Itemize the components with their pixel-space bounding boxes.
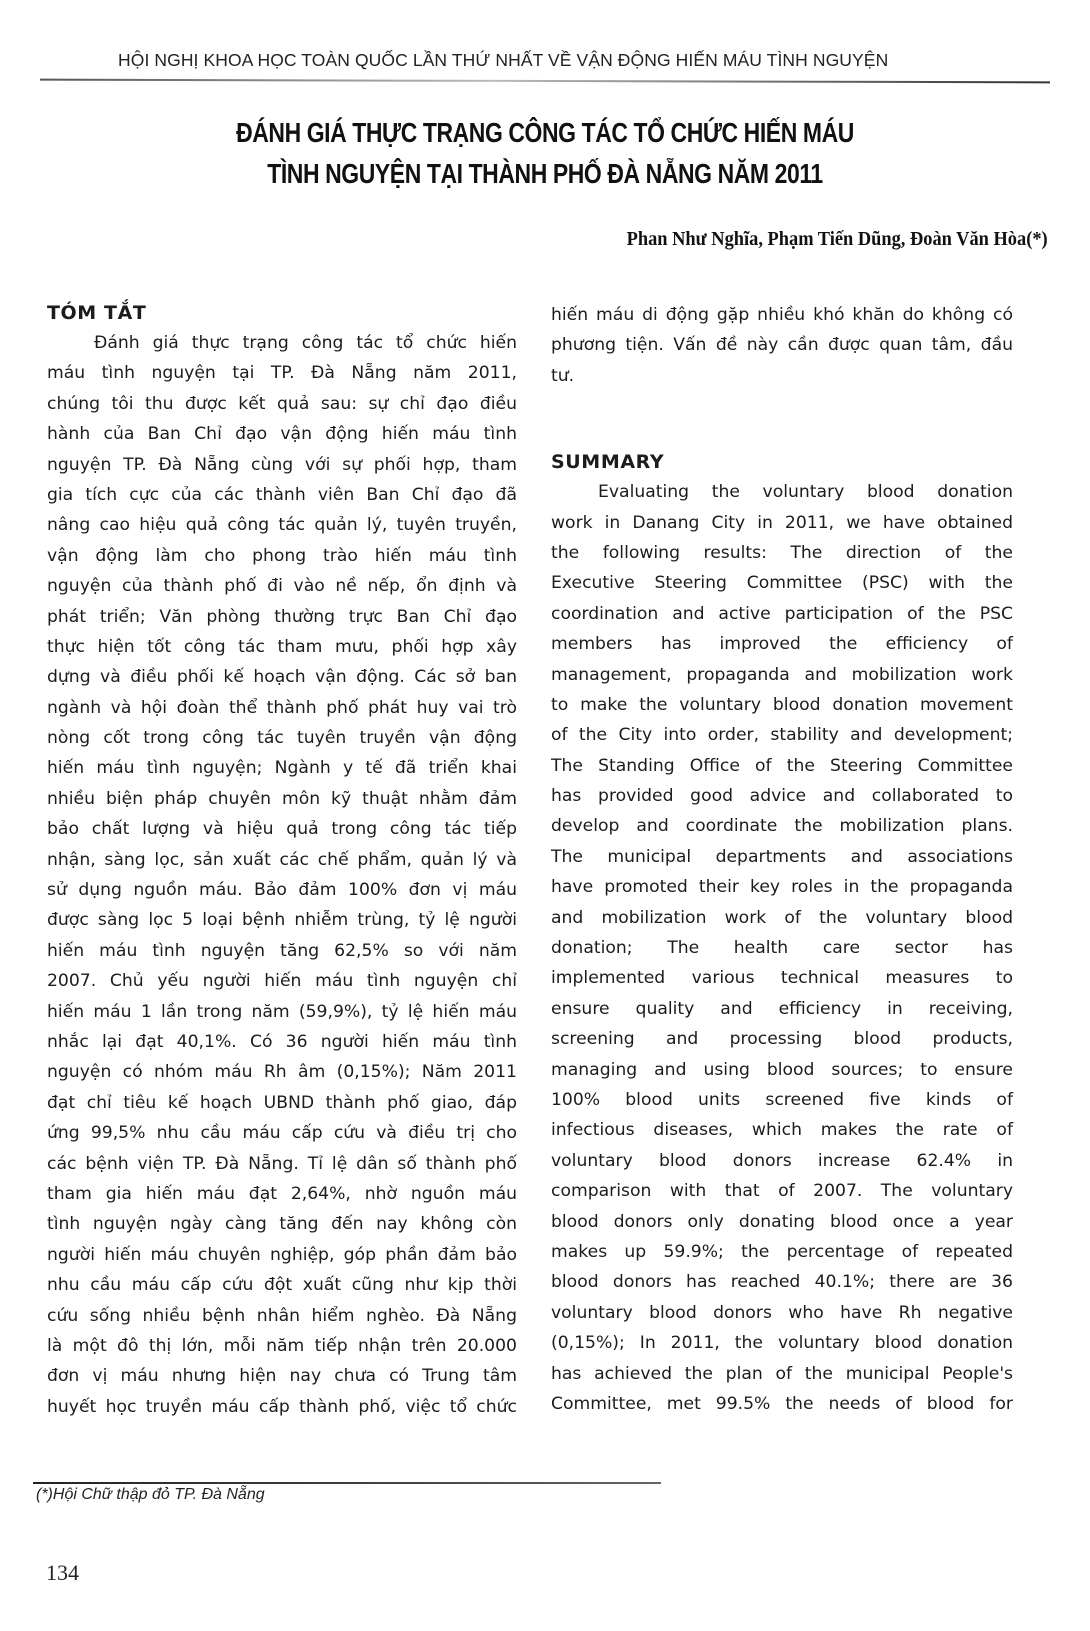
abstract-body: Đánh giá thực trạng công tác tổ chức hiế…: [47, 328, 517, 1422]
text-line: 2007. Chủ yếu người hiến máu tình nguyện…: [47, 966, 517, 996]
text-line: work in Danang City in 2011, we have obt…: [551, 508, 1013, 538]
text-line: nguyện của thành phố đi vào nề nếp, ổn đ…: [47, 571, 517, 601]
section-gap: [551, 391, 1013, 447]
text-line: (0,15%); In 2011, the voluntary blood do…: [551, 1328, 1013, 1358]
text-line: là một đô thị lớn, mỗi năm tiếp nhận trê…: [47, 1331, 517, 1361]
text-line: voluntary blood donors increase 62.4% in: [551, 1146, 1013, 1176]
text-line: of the City into order, stability and de…: [551, 720, 1013, 750]
text-line: management, propaganda and mobilization …: [551, 660, 1013, 690]
text-line: được sàng lọc 5 loại bệnh nhiễm trùng, t…: [47, 905, 517, 935]
text-line: The municipal departments and associatio…: [551, 842, 1013, 872]
text-line: người hiến máu chuyên nghiệp, góp phần đ…: [47, 1240, 517, 1270]
text-line: coordination and active participation of…: [551, 599, 1013, 629]
text-line: phương tiện. Vấn đề này cần được quan tâ…: [551, 330, 1013, 360]
abstract-continuation: hiến máu di động gặp nhiều khó khăn do k…: [551, 300, 1013, 391]
text-line: gia tích cực của các thành viên Ban Chỉ …: [47, 480, 517, 510]
text-line: hiến máu di động gặp nhiều khó khăn do k…: [551, 300, 1013, 330]
text-line: nhiều biện pháp chuyên môn kỹ thuật nhằm…: [47, 784, 517, 814]
text-line: Committee, met 99.5% the needs of blood …: [551, 1389, 1013, 1419]
footnote-rule: [33, 1482, 661, 1484]
text-line: vận động làm cho phong trào hiến máu tìn…: [47, 541, 517, 571]
text-line: managing and using blood sources; to ens…: [551, 1055, 1013, 1085]
text-line: hành của Ban Chỉ đạo vận động hiến máu t…: [47, 419, 517, 449]
text-line: nhận, sàng lọc, sản xuất các chế phẩm, q…: [47, 845, 517, 875]
text-line: has provided good advice and collaborate…: [551, 781, 1013, 811]
text-line: hiến máu tình nguyện tăng 62,5% so với n…: [47, 936, 517, 966]
text-line: makes up 59.9%; the percentage of repeat…: [551, 1237, 1013, 1267]
text-line: Evaluating the voluntary blood donation: [551, 477, 1013, 507]
text-line: 100% blood units screened five kinds of: [551, 1085, 1013, 1115]
text-line: Executive Steering Committee (PSC) with …: [551, 568, 1013, 598]
text-line: nguyện TP. Đà Nẵng cùng với sự phối hợp,…: [47, 450, 517, 480]
text-line: blood donors only donating blood once a …: [551, 1207, 1013, 1237]
text-line: bảo chất lượng và hiệu quả trong công tá…: [47, 814, 517, 844]
text-line: hiến máu tình nguyện; Ngành y tế đã triể…: [47, 753, 517, 783]
header-rule: [40, 79, 1050, 84]
text-line: hiến máu 1 lần trong năm (59,9%), tỷ lệ …: [47, 997, 517, 1027]
text-line: the following results: The direction of …: [551, 538, 1013, 568]
text-line: máu tình nguyện tại TP. Đà Nẵng năm 2011…: [47, 358, 517, 388]
text-line: phát triển; Văn phòng thường trực Ban Ch…: [47, 602, 517, 632]
text-line: blood donors has reached 40.1%; there ar…: [551, 1267, 1013, 1297]
text-line: develop and coordinate the mobilization …: [551, 811, 1013, 841]
text-line: nhu cầu máu cấp cứu đột xuất cũng như kị…: [47, 1270, 517, 1300]
text-line: The Standing Office of the Steering Comm…: [551, 751, 1013, 781]
text-line: comparison with that of 2007. The volunt…: [551, 1176, 1013, 1206]
article-title-line-1: ĐÁNH GIÁ THỰC TRẠNG CÔNG TÁC TỔ CHỨC HIẾ…: [98, 117, 992, 149]
text-line: cứu sống nhiều bệnh nhân hiểm nghèo. Đà …: [47, 1301, 517, 1331]
text-line: ensure quality and efficiency in receivi…: [551, 994, 1013, 1024]
text-line: đơn vị máu nhưng hiện nay chưa có Trung …: [47, 1361, 517, 1391]
text-line: and mobilization work of the voluntary b…: [551, 903, 1013, 933]
text-line: tư.: [551, 361, 1013, 391]
text-line: thực hiện tốt công tác tham mưu, phối hợ…: [47, 632, 517, 662]
text-line: tham gia hiến máu đạt 2,64%, nhờ nguồn m…: [47, 1179, 517, 1209]
right-column: hiến máu di động gặp nhiều khó khăn do k…: [551, 300, 1013, 1419]
text-line: nhắc lại đạt 40,1%. Có 36 người hiến máu…: [47, 1027, 517, 1057]
text-line: screening and processing blood products,: [551, 1024, 1013, 1054]
text-line: have promoted their key roles in the pro…: [551, 872, 1013, 902]
text-line: chúng tôi thu được kết quả sau: sự chỉ đ…: [47, 389, 517, 419]
text-line: các bệnh viện TP. Đà Nẵng. Tỉ lệ dân số …: [47, 1149, 517, 1179]
text-line: nâng cao hiệu quả công tác quản lý, tuyê…: [47, 510, 517, 540]
article-title-line-2: TÌNH NGUYỆN TẠI THÀNH PHỐ ĐÀ NẴNG NĂM 20…: [98, 158, 992, 190]
text-line: nòng cốt trong công tác tuyên truyền vận…: [47, 723, 517, 753]
text-line: members has improved the efficiency of: [551, 629, 1013, 659]
abstract-heading: TÓM TẮT: [47, 298, 517, 328]
summary-heading: SUMMARY: [551, 447, 1013, 477]
summary-body: Evaluating the voluntary blood donationw…: [551, 477, 1013, 1419]
authors: Phan Như Nghĩa, Phạm Tiến Dũng, Đoàn Văn…: [627, 228, 1048, 251]
text-line: donation; The health care sector has: [551, 933, 1013, 963]
running-header: HỘI NGHỊ KHOA HỌC TOÀN QUỐC LẦN THỨ NHẤT…: [118, 50, 1018, 71]
page-number: 134: [46, 1560, 79, 1586]
text-line: voluntary blood donors who have Rh negat…: [551, 1298, 1013, 1328]
text-line: ngành và hội đoàn thể thành phố phát huy…: [47, 693, 517, 723]
text-line: implemented various technical measures t…: [551, 963, 1013, 993]
text-line: infectious diseases, which makes the rat…: [551, 1115, 1013, 1145]
text-line: dựng và điều phối kế hoạch vận động. Các…: [47, 662, 517, 692]
text-line: Đánh giá thực trạng công tác tổ chức hiế…: [47, 328, 517, 358]
text-line: tình nguyện ngày càng tăng đến nay không…: [47, 1209, 517, 1239]
text-line: has achieved the plan of the municipal P…: [551, 1359, 1013, 1389]
text-line: ứng 99,5% nhu cầu máu cấp cứu và điều tr…: [47, 1118, 517, 1148]
text-line: to make the voluntary blood donation mov…: [551, 690, 1013, 720]
abstract-vietnamese: TÓM TẮT Đánh giá thực trạng công tác tổ …: [47, 298, 517, 1422]
text-line: nguyện có nhóm máu Rh âm (0,15%); Năm 20…: [47, 1057, 517, 1087]
text-line: sử dụng nguồn máu. Bảo đảm 100% đơn vị m…: [47, 875, 517, 905]
text-line: đạt chỉ tiêu kế hoạch UBND thành phố gia…: [47, 1088, 517, 1118]
text-line: huyết học truyền máu cấp thành phố, việc…: [47, 1392, 517, 1422]
footnote: (*)Hội Chữ thập đỏ TP. Đà Nẵng: [36, 1486, 265, 1504]
